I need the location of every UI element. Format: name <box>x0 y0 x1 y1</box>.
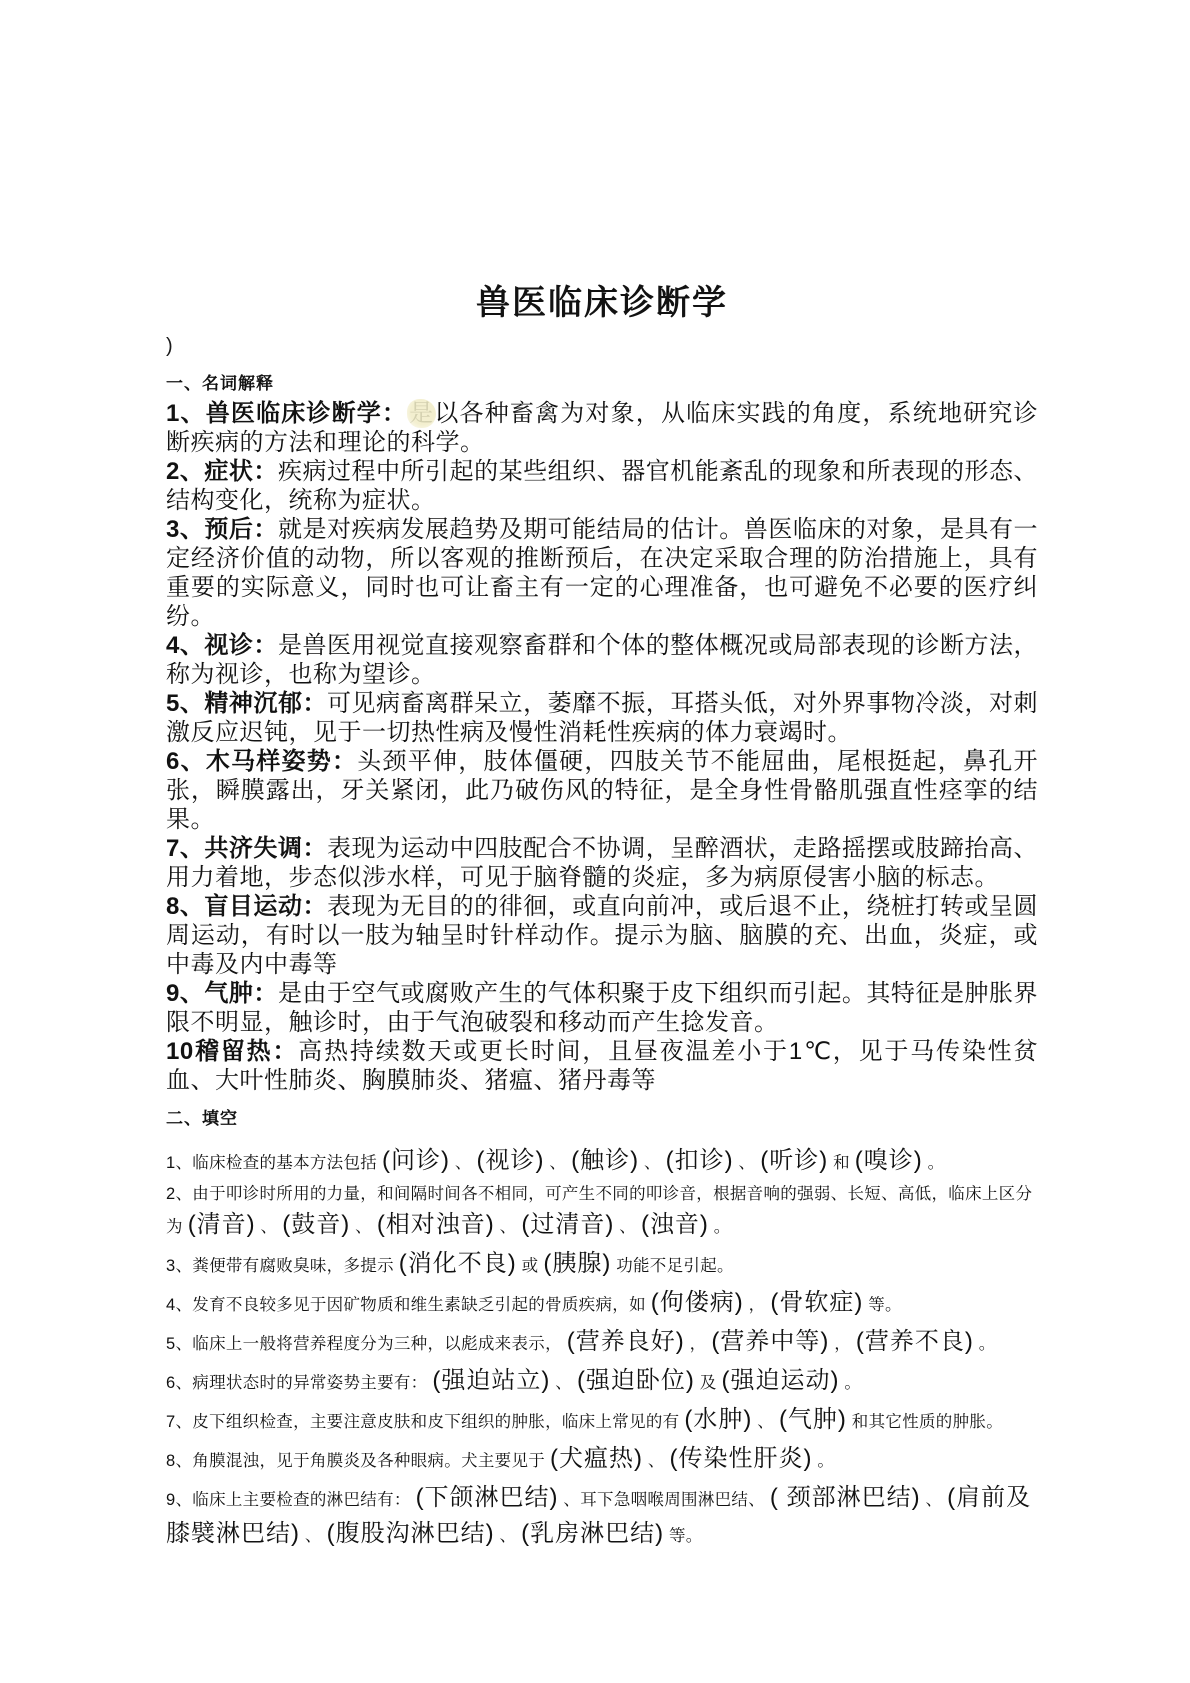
definition-item: 8、盲目运动：表现为无目的的徘徊，或直向前冲，或后退不止，绕桩打转或呈圆周运动，… <box>166 892 1038 979</box>
fill-blank-item: 8、角膜混浊，见于角膜炎及各种眼病。犬主要见于 (犬瘟热) 、 (传染性肝炎) … <box>166 1441 1038 1477</box>
blank-answer: (犬瘟热) <box>550 1445 643 1472</box>
blank-answer: (强迫运动) <box>722 1367 840 1394</box>
section1-heading: 一、名词解释 <box>166 369 1038 394</box>
fill-blank-item: 4、发育不良较多见于因矿物质和维生素缺乏引起的骨质疾病，如 (佝偻病) ， (骨… <box>166 1285 1038 1321</box>
question-text: 。 <box>813 1452 835 1470</box>
definition-item: 2、症状：疾病过程中所引起的某些组织、器官机能紊乱的现象和所表现的形态、结构变化… <box>166 457 1038 515</box>
question-text: 1、临床检查的基本方法包括 <box>166 1154 382 1172</box>
question-text: 、 <box>639 1154 666 1172</box>
blank-answer: (清音) <box>188 1211 256 1238</box>
question-text: 。 <box>974 1335 996 1353</box>
definition-body: 是兽医用视觉直接观察畜群和个体的整体概况或局部表现的诊断方法，称为视诊，也称为望… <box>166 632 1038 688</box>
question-text: 、耳下急咽喉周围淋巴结、 <box>559 1491 770 1509</box>
definition-body: 疾病过程中所引起的某些组织、器官机能紊乱的现象和所表现的形态、结构变化，统称为症… <box>166 458 1038 514</box>
blank-answer: ( 颈部淋巴结) <box>770 1484 921 1511</box>
blank-answer: (营养良好) <box>567 1328 685 1355</box>
blank-answer: (营养不良) <box>856 1328 974 1355</box>
question-text: 功能不足引起。 <box>611 1257 733 1275</box>
document-page: 兽医临床诊断学 ) 一、名词解释 1、兽医临床诊断学：是以各种畜禽为对象，从临床… <box>0 0 1190 1683</box>
definition-term: 9、气肿： <box>166 980 278 1007</box>
question-text: 或 <box>517 1257 544 1275</box>
document-title: 兽医临床诊断学 <box>166 284 1038 322</box>
question-text: ， <box>744 1296 771 1314</box>
definition-term: 10稽留热： <box>166 1038 298 1065</box>
question-text: 、 <box>256 1218 283 1236</box>
blank-answer: (佝偻病) <box>651 1289 744 1316</box>
fill-blank-item: 1、临床检查的基本方法包括 (问诊) 、 (视诊) 、 (触诊) 、 (扣诊) … <box>166 1143 1038 1179</box>
blank-answer: (腹股沟淋巴结) <box>327 1520 495 1547</box>
question-text: ， <box>829 1335 856 1353</box>
question-text: 7、皮下组织检查，主要注意皮肤和皮下组织的肿胀，临床上常见的有 <box>166 1413 684 1431</box>
definition-item: 7、共济失调：表现为运动中四肢配合不协调，呈醉酒状，走路摇摆或肢蹄抬高、用力着地… <box>166 834 1038 892</box>
fill-blank-item: 5、临床上一般将营养程度分为三种，以彪成来表示， (营养良好) ， (营养中等)… <box>166 1324 1038 1360</box>
blank-answer: (过清音) <box>521 1211 614 1238</box>
question-text: 、 <box>300 1527 327 1545</box>
blanks-list: 1、临床检查的基本方法包括 (问诊) 、 (视诊) 、 (触诊) 、 (扣诊) … <box>166 1143 1038 1552</box>
question-text: 。 <box>923 1154 945 1172</box>
blank-answer: (营养中等) <box>711 1328 829 1355</box>
definition-term: 2、症状： <box>166 458 278 485</box>
definition-item: 1、兽医临床诊断学：是以各种畜禽为对象，从临床实践的角度，系统地研究诊断疾病的方… <box>166 399 1038 457</box>
blank-answer: (骨软症) <box>770 1289 863 1316</box>
fill-blank-item: 9、临床上主要检查的淋巴结有： (下颌淋巴结) 、耳下急咽喉周围淋巴结、 ( 颈… <box>166 1480 1038 1552</box>
definition-body: 就是对疾病发展趋势及期可能结局的估计。兽医临床的对象，是具有一定经济价值的动物，… <box>166 516 1038 630</box>
blank-answer: (水肿) <box>684 1406 752 1433</box>
question-text: 、 <box>450 1154 477 1172</box>
blank-answer: (听诊) <box>760 1147 828 1174</box>
question-text: 、 <box>752 1413 779 1431</box>
question-text: 和 <box>828 1154 855 1172</box>
question-text: 4、发育不良较多见于因矿物质和维生素缺乏引起的骨质疾病，如 <box>166 1296 651 1314</box>
blank-answer: (乳房淋巴结) <box>521 1520 664 1547</box>
fill-blank-item: 6、病理状态时的异常姿势主要有： (强迫站立) 、 (强迫卧位) 及 (强迫运动… <box>166 1363 1038 1399</box>
definition-term: 5、精神沉郁： <box>166 690 327 717</box>
blank-answer: (嗅诊) <box>855 1147 923 1174</box>
blank-answer: (强迫站立) <box>432 1367 550 1394</box>
blank-answer: (下颌淋巴结) <box>416 1484 559 1511</box>
definition-item: 4、视诊：是兽医用视觉直接观察畜群和个体的整体概况或局部表现的诊断方法，称为视诊… <box>166 631 1038 689</box>
blank-answer: (相对浊音) <box>377 1211 495 1238</box>
question-text: 及 <box>695 1374 722 1392</box>
fill-blank-item: 3、粪便带有腐败臭味，多提示 (消化不良) 或 (胰腺) 功能不足引起。 <box>166 1246 1038 1282</box>
stray-paren: ) <box>166 335 1038 357</box>
question-text: 、 <box>614 1218 641 1236</box>
question-text: 等。 <box>863 1296 901 1314</box>
fill-blank-item: 7、皮下组织检查，主要注意皮肤和皮下组织的肿胀，临床上常见的有 (水肿) 、 (… <box>166 1402 1038 1438</box>
definition-item: 10稽留热：高热持续数天或更长时间，且昼夜温差小于1℃，见于马传染性贫血、大叶性… <box>166 1037 1038 1095</box>
question-text: 、 <box>734 1154 761 1172</box>
definition-term: 4、视诊： <box>166 632 278 659</box>
question-text: 、 <box>921 1491 948 1509</box>
question-text: 、 <box>545 1154 572 1172</box>
definition-term: 7、共济失调： <box>166 835 327 862</box>
blank-answer: (消化不良) <box>399 1250 517 1277</box>
definition-body: 是由于空气或腐败产生的气体积聚于皮下组织而引起。其特征是肿胀界限不明显，触诊时，… <box>166 980 1038 1036</box>
section2-heading: 二、填空 <box>166 1104 1038 1129</box>
question-text: 5、临床上一般将营养程度分为三种，以彪成来表示， <box>166 1335 567 1353</box>
question-text: 。 <box>709 1218 731 1236</box>
definition-item: 3、预后：就是对疾病发展趋势及期可能结局的估计。兽医临床的对象，是具有一定经济价… <box>166 515 1038 631</box>
correction-highlight: 是 <box>407 399 436 428</box>
question-text: 6、病理状态时的异常姿势主要有： <box>166 1374 432 1392</box>
definition-term: 3、预后： <box>166 516 278 543</box>
definition-item: 5、精神沉郁：可见病畜离群呆立，萎靡不振，耳搭头低，对外界事物冷淡，对刺激反应迟… <box>166 689 1038 747</box>
blank-answer: (扣诊) <box>666 1147 734 1174</box>
question-text: 、 <box>495 1527 522 1545</box>
definition-term: 8、盲目运动： <box>166 893 327 920</box>
blank-answer: (强迫卧位) <box>577 1367 695 1394</box>
definition-term: 6、木马样姿势： <box>166 748 357 775</box>
question-text: 8、角膜混浊，见于角膜炎及各种眼病。犬主要见于 <box>166 1452 550 1470</box>
question-text: ， <box>685 1335 712 1353</box>
blank-answer: (鼓音) <box>282 1211 350 1238</box>
question-text: 等。 <box>664 1527 702 1545</box>
blank-answer: (浊音) <box>641 1211 709 1238</box>
question-text: 、 <box>550 1374 577 1392</box>
question-text: 、 <box>643 1452 670 1470</box>
fill-blank-item: 2、由于叩诊时所用的力量，和间隔时间各不相同，可产生不同的叩诊音，根据音响的强弱… <box>166 1182 1038 1243</box>
blank-answer: (气肿) <box>779 1406 847 1433</box>
question-text: 、 <box>495 1218 522 1236</box>
question-text: 和其它性质的肿胀。 <box>847 1413 1003 1431</box>
blank-answer: (胰腺) <box>543 1250 611 1277</box>
question-text: 9、临床上主要检查的淋巴结有： <box>166 1491 416 1509</box>
question-text: 、 <box>350 1218 377 1236</box>
blank-answer: (传染性肝炎) <box>670 1445 813 1472</box>
blank-answer: (问诊) <box>382 1147 450 1174</box>
definition-item: 6、木马样姿势：头颈平伸，肢体僵硬，四肢关节不能屈曲，尾根挺起，鼻孔开张，瞬膜露… <box>166 747 1038 834</box>
blank-answer: (触诊) <box>571 1147 639 1174</box>
question-text: 3、粪便带有腐败臭味，多提示 <box>166 1257 399 1275</box>
definition-item: 9、气肿：是由于空气或腐败产生的气体积聚于皮下组织而引起。其特征是肿胀界限不明显… <box>166 979 1038 1037</box>
definitions-list: 1、兽医临床诊断学：是以各种畜禽为对象，从临床实践的角度，系统地研究诊断疾病的方… <box>166 399 1038 1095</box>
blank-answer: (视诊) <box>477 1147 545 1174</box>
definition-term: 1、兽医临床诊断学： <box>166 400 407 427</box>
question-text: 。 <box>839 1374 861 1392</box>
